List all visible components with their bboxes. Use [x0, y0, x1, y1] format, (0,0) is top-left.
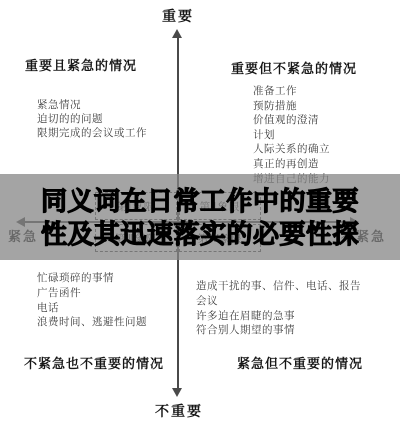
axis-label-important: 重要 — [162, 6, 194, 26]
arrowhead-up-icon — [172, 29, 182, 38]
axis-label-not-important: 不重要 — [155, 401, 203, 421]
list-top-left: 紧急情况 迫切的的问题 限期完成的会议或工作 — [37, 98, 147, 140]
list-bottom-left: 忙碌琐碎的事情 广告函件 电话 浪费时间、逃避性问题 — [37, 271, 147, 330]
list-item: 计划 — [253, 128, 330, 143]
list-item: 紧急情况 — [37, 98, 147, 112]
list-item: 符合别人期望的事情 — [196, 323, 361, 338]
quadrant-title-top-left: 重要且紧急的情况 — [25, 55, 137, 74]
list-item: 许多迫在眉睫的急事 — [196, 309, 361, 324]
list-top-right: 准备工作 预防措施 价值观的澄清 计划 人际关系的确立 真正的再创造 增进自己的… — [253, 84, 330, 186]
list-item: 迫切的的问题 — [37, 112, 147, 126]
arrowhead-down-icon — [172, 388, 182, 397]
list-bottom-right: 造成干扰的事、信件、电话、报告 会议 许多迫在眉睫的急事 符合别人期望的事情 — [196, 279, 361, 338]
quadrant-diagram: 重要 不重要 紧急 不紧急 重要且紧急的情况 重要但不紧急的情况 不紧急也不重要… — [0, 0, 400, 436]
list-item: 人际关系的确立 — [253, 142, 330, 157]
overlay-banner-title: 同义词在日常工作中的重要 性及其迅速落实的必要性探 — [0, 176, 400, 260]
quadrant-title-top-right: 重要但不紧急的情况 — [231, 58, 357, 77]
list-item: 限期完成的会议或工作 — [37, 126, 147, 140]
list-item: 忙碌琐碎的事情 — [37, 271, 147, 286]
list-item: 预防措施 — [253, 99, 330, 114]
list-item: 广告函件 — [37, 286, 147, 301]
quadrant-title-bottom-left: 不紧急也不重要的情况 — [24, 353, 164, 372]
banner-title-line-2: 性及其迅速落实的必要性探 — [41, 218, 359, 251]
list-item: 价值观的澄清 — [253, 113, 330, 128]
list-item: 造成干扰的事、信件、电话、报告 — [196, 279, 361, 294]
list-item: 会议 — [196, 294, 361, 309]
banner-title-line-1: 同义词在日常工作中的重要 — [41, 185, 359, 218]
quadrant-title-bottom-right: 紧急但不重要的情况 — [237, 353, 363, 372]
list-item: 准备工作 — [253, 84, 330, 99]
list-item: 真正的再创造 — [253, 157, 330, 172]
list-item: 电话 — [37, 301, 147, 316]
list-item: 浪费时间、逃避性问题 — [37, 315, 147, 330]
